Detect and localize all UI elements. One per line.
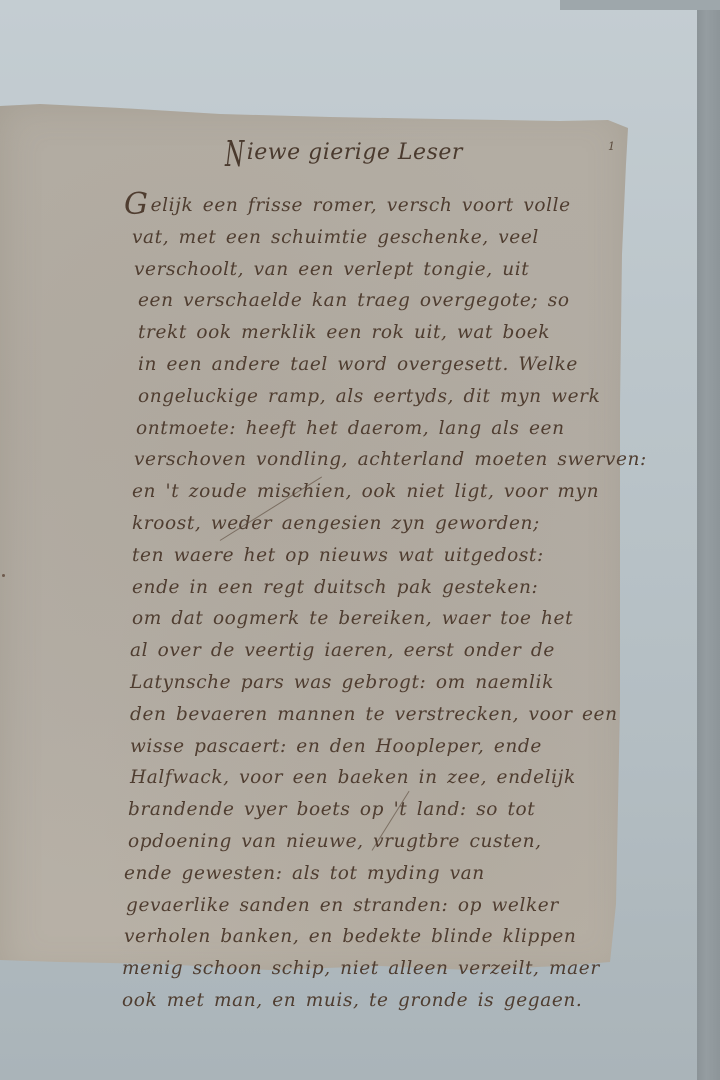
text-line: brandende vyer boets op 't land: so tot xyxy=(118,794,608,826)
drop-cap: G xyxy=(124,187,149,222)
text-line: ende in een regt duitsch pak gesteken: xyxy=(118,572,608,604)
text-line: verholen banken, en bedekte blinde klipp… xyxy=(118,921,608,953)
page-number: 1 xyxy=(608,140,615,153)
text-line: een verschaelde kan traeg overgegote; so xyxy=(118,285,608,317)
text-line: wisse pascaert: en den Hoopleper, ende xyxy=(118,731,608,763)
text-line: ook met man, en muis, te gronde is gegae… xyxy=(118,985,608,1017)
text-line: en 't zoude mischien, ook niet ligt, voo… xyxy=(118,476,608,508)
text-line: vat, met een schuimtie geschenke, veel xyxy=(118,222,608,254)
text-line: verschoven vondling, achterland moeten s… xyxy=(118,444,608,476)
text-line: ten waere het op nieuws wat uitgedost: xyxy=(118,540,608,572)
heading-initial: N xyxy=(225,136,245,176)
text-line: Halfwack, voor een baeken in zee, endeli… xyxy=(118,762,608,794)
text-line: den bevaeren mannen te verstrecken, voor… xyxy=(118,699,608,731)
text-line: Gelijk een frisse romer, versch voort vo… xyxy=(118,190,608,222)
text-line: in een andere tael word overgesett. Welk… xyxy=(118,349,608,381)
manuscript-body: Gelijk een frisse romer, versch voort vo… xyxy=(118,190,608,1017)
text-line: ongeluckige ramp, als eertyds, dit myn w… xyxy=(118,381,608,413)
text-line: gevaerlike sanden en stranden: op welker xyxy=(118,890,608,922)
page-title: Niewe gierige Leser xyxy=(225,140,463,165)
paper-mark xyxy=(2,574,5,577)
text-line: opdoening van nieuwe, vrugtbre custen, xyxy=(118,826,608,858)
text-line: kroost, weder aengesien zyn geworden; xyxy=(118,508,608,540)
text-line: ontmoete: heeft het daerom, lang als een xyxy=(118,413,608,445)
heading-rest: iewe gierige Leser xyxy=(247,140,463,165)
text-line: trekt ook merklik een rok uit, wat boek xyxy=(118,317,608,349)
mount-top-strip xyxy=(560,0,720,10)
text-line: om dat oogmerk te bereiken, waer toe het xyxy=(118,603,608,635)
text-line-content: elijk een frisse romer, versch voort vol… xyxy=(151,195,571,216)
text-line: Latynsche pars was gebrogt: om naemlik xyxy=(118,667,608,699)
mount-edge-strip xyxy=(697,0,720,1080)
text-line: menig schoon schip, niet alleen verzeilt… xyxy=(118,953,608,985)
text-line: ende gewesten: als tot myding van xyxy=(118,858,608,890)
text-line: al over de veertig iaeren, eerst onder d… xyxy=(118,635,608,667)
text-line: verschoolt, van een verlept tongie, uit xyxy=(118,254,608,286)
